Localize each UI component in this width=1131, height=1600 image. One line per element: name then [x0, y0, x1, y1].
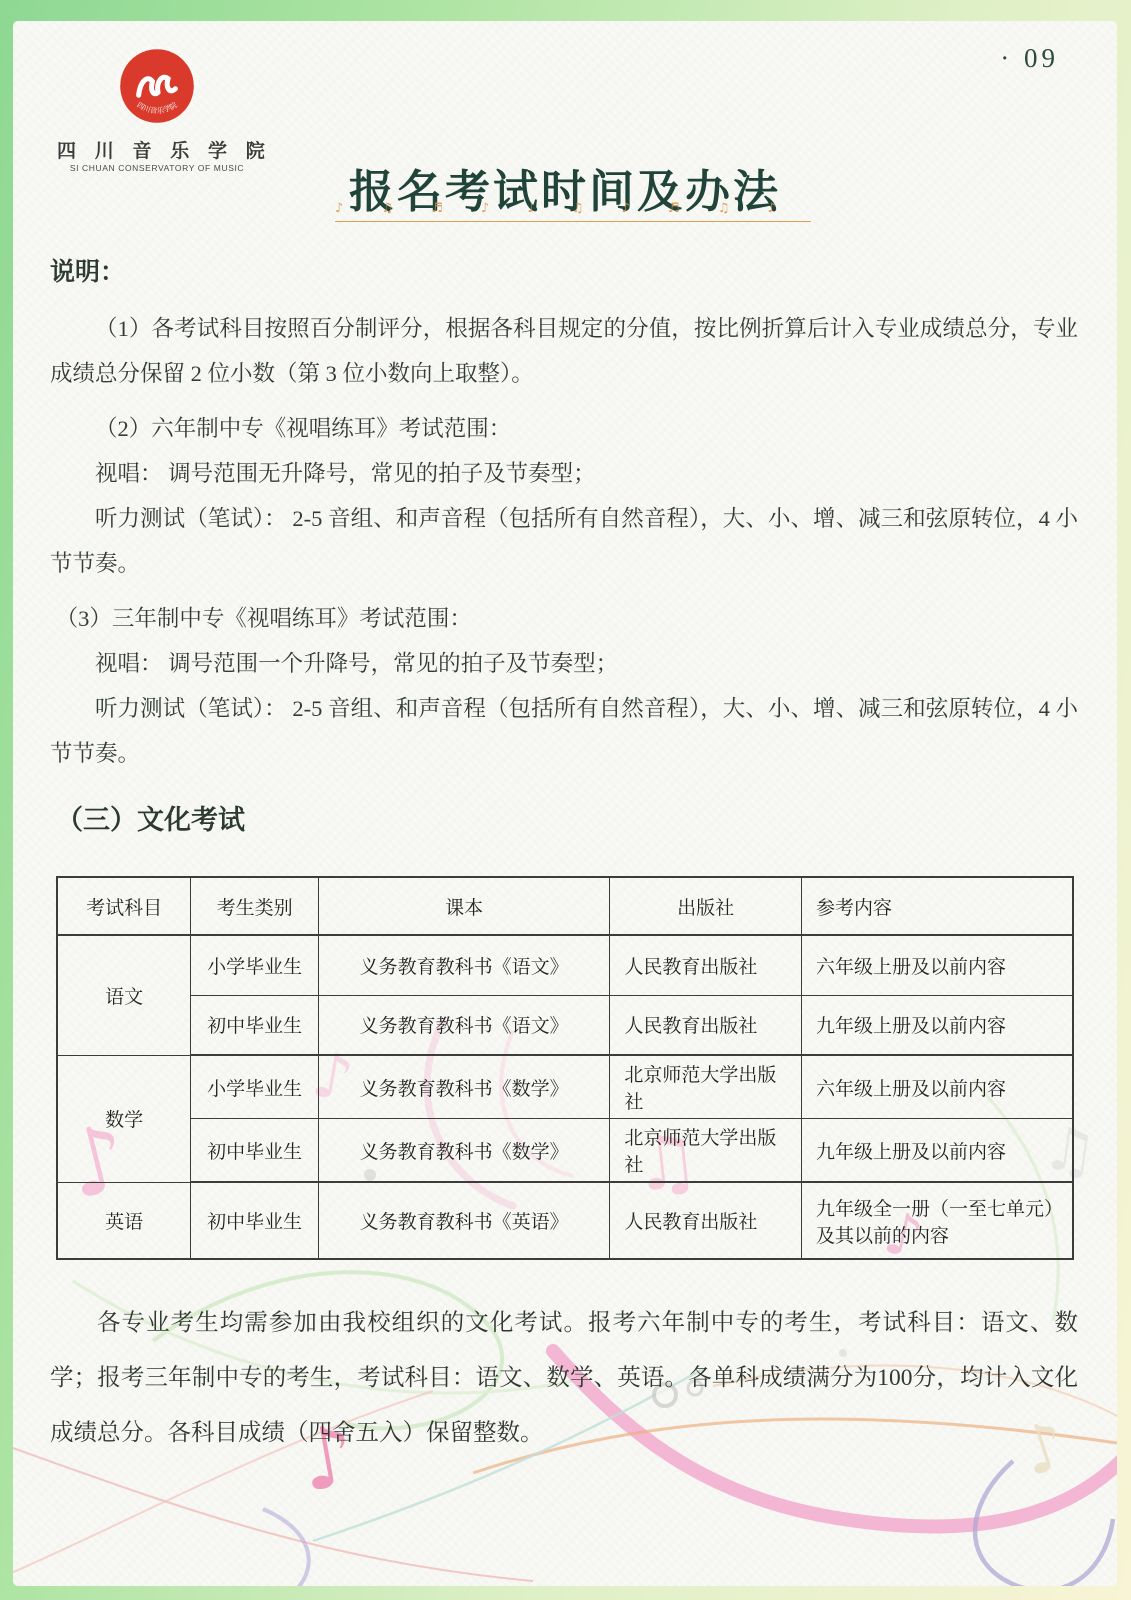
closing-paragraph: 各专业考生均需参加由我校组织的文化考试。报考六年制中专的考生，考试科目：语文、数…: [50, 1296, 1078, 1461]
cell-category: 初中毕业生: [191, 995, 319, 1055]
cell-publisher: 北京师范大学出版社: [610, 1055, 802, 1119]
paragraph-six-year-listening: 听力测试（笔试）： 2-5 音组、和声音程（包括所有自然音程），大、小、增、减三…: [50, 496, 1078, 586]
paragraph-six-year-sightsinging: 视唱： 调号范围无升降号，常见的拍子及节奏型；: [50, 451, 1078, 496]
cell-subject: 语文: [57, 935, 191, 1055]
cell-category: 小学毕业生: [191, 935, 319, 995]
cell-subject: 英语: [57, 1182, 191, 1259]
cell-reference: 九年级全一册（一至七单元）及其以前的内容: [801, 1182, 1073, 1259]
page-number: · 09: [1000, 43, 1059, 74]
cell-category: 初中毕业生: [191, 1119, 319, 1183]
paragraph-scoring-rule: （1）各考试科目按照百分制评分，根据各科目规定的分值，按比例折算后计入专业成绩总…: [50, 306, 1078, 396]
cell-textbook: 义务教育教科书《语文》: [318, 995, 609, 1055]
table-row: 数学 小学毕业生 义务教育教科书《数学》 北京师范大学出版社 六年级上册及以前内…: [57, 1055, 1073, 1119]
table-row: 初中毕业生 义务教育教科书《语文》 人民教育出版社 九年级上册及以前内容: [57, 995, 1073, 1055]
cell-reference: 九年级上册及以前内容: [801, 995, 1073, 1055]
cell-subject: 数学: [57, 1055, 191, 1182]
cell-category: 初中毕业生: [191, 1182, 319, 1259]
cell-publisher: 人民教育出版社: [610, 1182, 802, 1259]
title-divider: ♪ ♫ ♬ ♪ ♩ ♫ ♪ ♬ ♫ ♪ ♩ ♫ ♪ ♬: [335, 201, 811, 222]
school-seal-icon: SICHUAN CONSERVATORY OF MUSIC 四川音乐学院: [111, 47, 203, 125]
column-header-category: 考生类别: [191, 877, 319, 935]
cell-publisher: 北京师范大学出版社: [610, 1119, 802, 1183]
table-header-row: 考试科目 考生类别 课本 出版社 参考内容: [57, 877, 1073, 935]
paragraph-three-year-scope: （3）三年制中专《视唱练耳》考试范围：: [50, 596, 1078, 641]
cell-reference: 九年级上册及以前内容: [801, 1119, 1073, 1183]
cell-textbook: 义务教育教科书《英语》: [318, 1182, 609, 1259]
culture-exam-heading: （三）文化考试: [56, 798, 1078, 837]
music-notes-ornament: ♪ ♫ ♬ ♪ ♩ ♫ ♪ ♬ ♫ ♪ ♩ ♫ ♪ ♬: [335, 201, 811, 223]
table-row: 英语 初中毕业生 义务教育教科书《英语》 人民教育出版社 九年级全一册（一至七单…: [57, 1182, 1073, 1259]
document-page: { "page": { "number": "· 09" }, "logo": …: [0, 0, 1131, 1600]
cell-reference: 六年级上册及以前内容: [801, 935, 1073, 995]
column-header-reference: 参考内容: [801, 877, 1073, 935]
cell-textbook: 义务教育教科书《数学》: [318, 1055, 609, 1119]
column-header-publisher: 出版社: [610, 877, 802, 935]
table-row: 初中毕业生 义务教育教科书《数学》 北京师范大学出版社 九年级上册及以前内容: [57, 1119, 1073, 1183]
table-row: 语文 小学毕业生 义务教育教科书《语文》 人民教育出版社 六年级上册及以前内容: [57, 935, 1073, 995]
main-content: 说明： （1）各考试科目按照百分制评分，根据各科目规定的分值，按比例折算后计入专…: [50, 252, 1078, 1461]
cell-textbook: 义务教育教科书《语文》: [318, 935, 609, 995]
explain-heading: 说明：: [50, 252, 1078, 288]
culture-exam-table: 考试科目 考生类别 课本 出版社 参考内容 语文 小学毕业生 义务教育教科书《语…: [56, 876, 1074, 1260]
cell-publisher: 人民教育出版社: [610, 935, 802, 995]
paragraph-six-year-scope: （2）六年制中专《视唱练耳》考试范围：: [50, 406, 1078, 451]
column-header-subject: 考试科目: [57, 877, 191, 935]
cell-textbook: 义务教育教科书《数学》: [318, 1119, 609, 1183]
paragraph-three-year-listening: 听力测试（笔试）： 2-5 音组、和声音程（包括所有自然音程），大、小、增、减三…: [50, 686, 1078, 776]
column-header-textbook: 课本: [318, 877, 609, 935]
cell-category: 小学毕业生: [191, 1055, 319, 1119]
paragraph-three-year-sightsinging: 视唱： 调号范围一个升降号，常见的拍子及节奏型；: [50, 641, 1078, 686]
cell-publisher: 人民教育出版社: [610, 995, 802, 1055]
cell-reference: 六年级上册及以前内容: [801, 1055, 1073, 1119]
paper-sheet: ♪ ♪ ♫ ♪ ♪ ♫ ♪ SICHUAN CONSERVATORY OF MU…: [13, 21, 1117, 1586]
